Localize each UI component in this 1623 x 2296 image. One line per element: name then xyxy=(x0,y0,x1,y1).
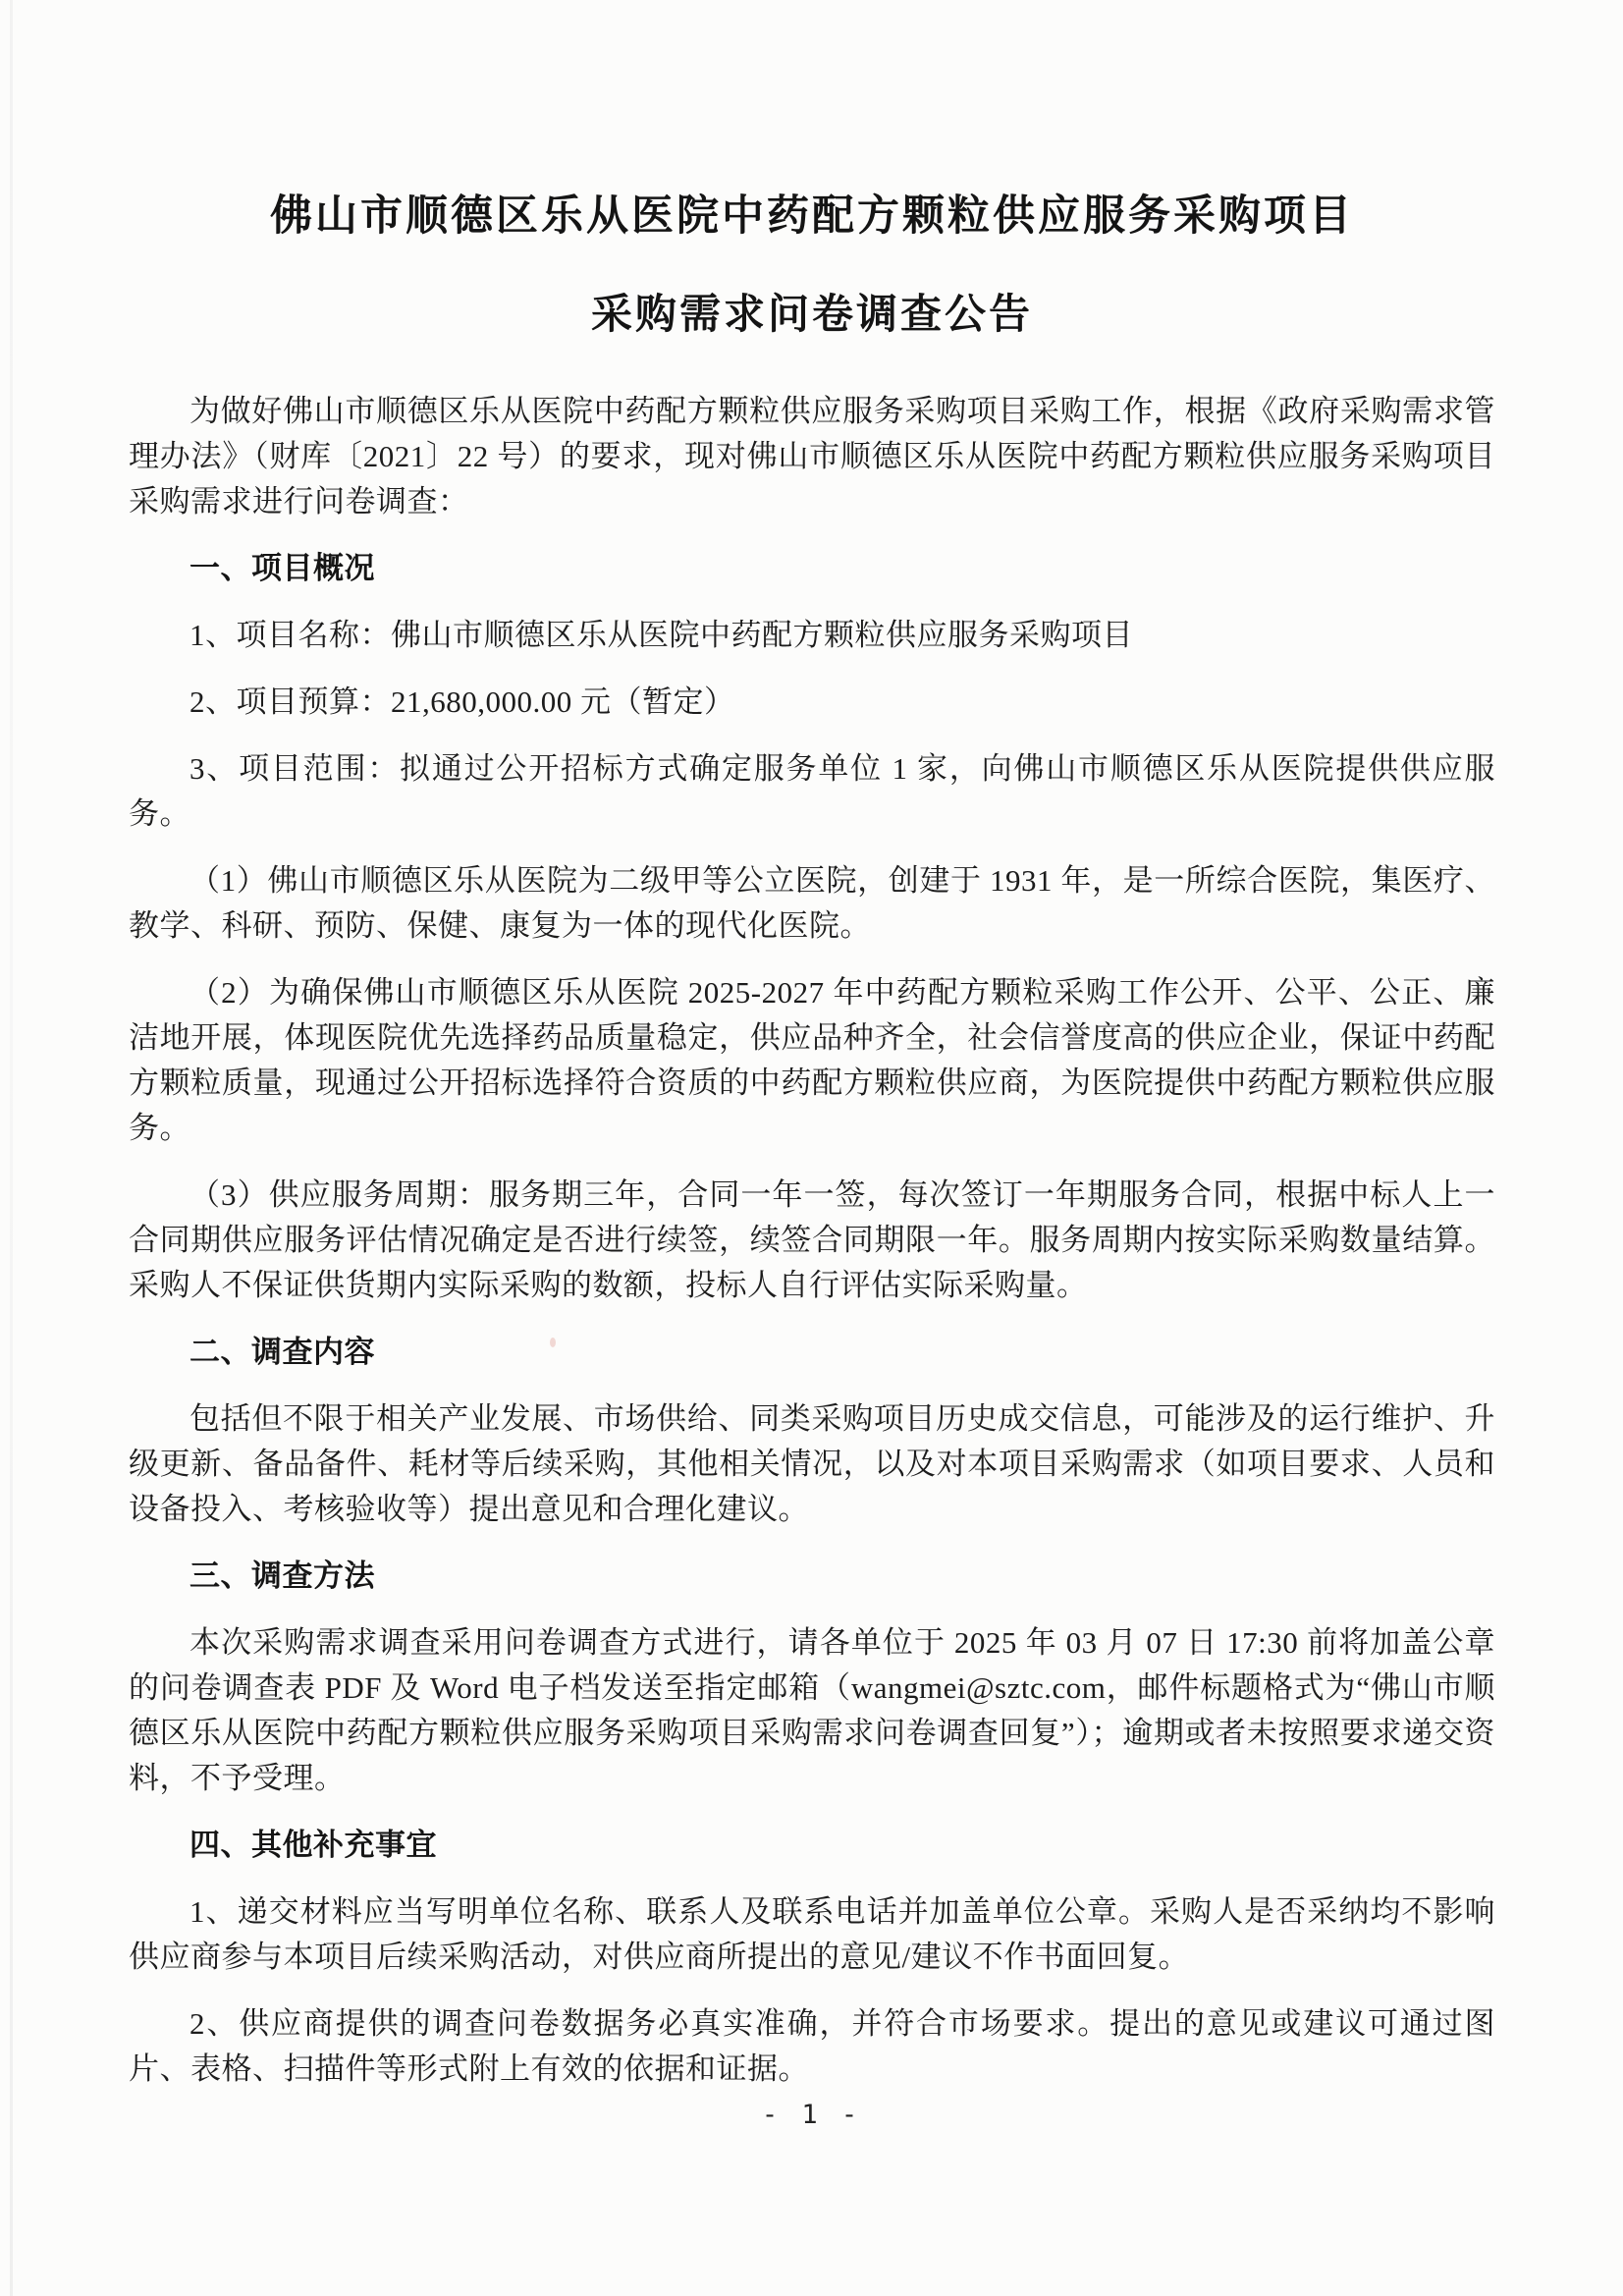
section-4-heading: 四、其他补充事宜 xyxy=(129,1823,1495,1868)
section-2-heading: 二、调查内容 xyxy=(129,1330,1495,1375)
intro-paragraph: 为做好佛山市顺德区乐从医院中药配方颗粒供应服务采购项目采购工作，根据《政府采购需… xyxy=(129,389,1495,524)
section-1-item-project-scope: 3、项目范围：拟通过公开招标方式确定服务单位 1 家，向佛山市顺德区乐从医院提供… xyxy=(129,746,1495,837)
section-4-item-data-accuracy: 2、供应商提供的调查问卷数据务必真实准确，并符合市场要求。提出的意见或建议可通过… xyxy=(129,2001,1495,2092)
section-1-subitem-service-period: （3）供应服务周期：服务期三年，合同一年一签，每次签订一年期服务合同，根据中标人… xyxy=(129,1173,1495,1308)
section-3-survey-method: 本次采购需求调查采用问卷调查方式进行，请各单位于 2025 年 03 月 07 … xyxy=(129,1620,1495,1801)
section-1-subitem-hospital-intro: （1）佛山市顺德区乐从医院为二级甲等公立医院，创建于 1931 年，是一所综合医… xyxy=(129,858,1495,949)
page-number: - 1 - xyxy=(0,2100,1623,2130)
section-2-survey-content: 包括但不限于相关产业发展、市场供给、同类采购项目历史成交信息，可能涉及的运行维护… xyxy=(129,1396,1495,1532)
section-1-subitem-procurement-purpose: （2）为确保佛山市顺德区乐从医院 2025-2027 年中药配方颗粒采购工作公开… xyxy=(129,970,1495,1151)
scan-artifact-line xyxy=(10,0,13,2296)
section-3-heading: 三、调查方法 xyxy=(129,1554,1495,1599)
section-4-item-submission-requirement: 1、递交材料应当写明单位名称、联系人及联系电话并加盖单位公章。采购人是否采纳均不… xyxy=(129,1889,1495,1980)
section-1-item-project-name: 1、项目名称：佛山市顺德区乐从医院中药配方颗粒供应服务采购项目 xyxy=(129,613,1495,658)
document-title-line2: 采购需求问卷调查公告 xyxy=(129,292,1495,339)
section-1-item-project-budget: 2、项目预算：21,680,000.00 元（暂定） xyxy=(129,680,1495,725)
document-content: 佛山市顺德区乐从医院中药配方颗粒供应服务采购项目 采购需求问卷调查公告 为做好佛… xyxy=(129,192,1495,2113)
section-1-heading: 一、项目概况 xyxy=(129,546,1495,591)
document-title-line1: 佛山市顺德区乐从医院中药配方颗粒供应服务采购项目 xyxy=(129,192,1495,241)
document-page: 佛山市顺德区乐从医院中药配方颗粒供应服务采购项目 采购需求问卷调查公告 为做好佛… xyxy=(0,0,1623,2296)
